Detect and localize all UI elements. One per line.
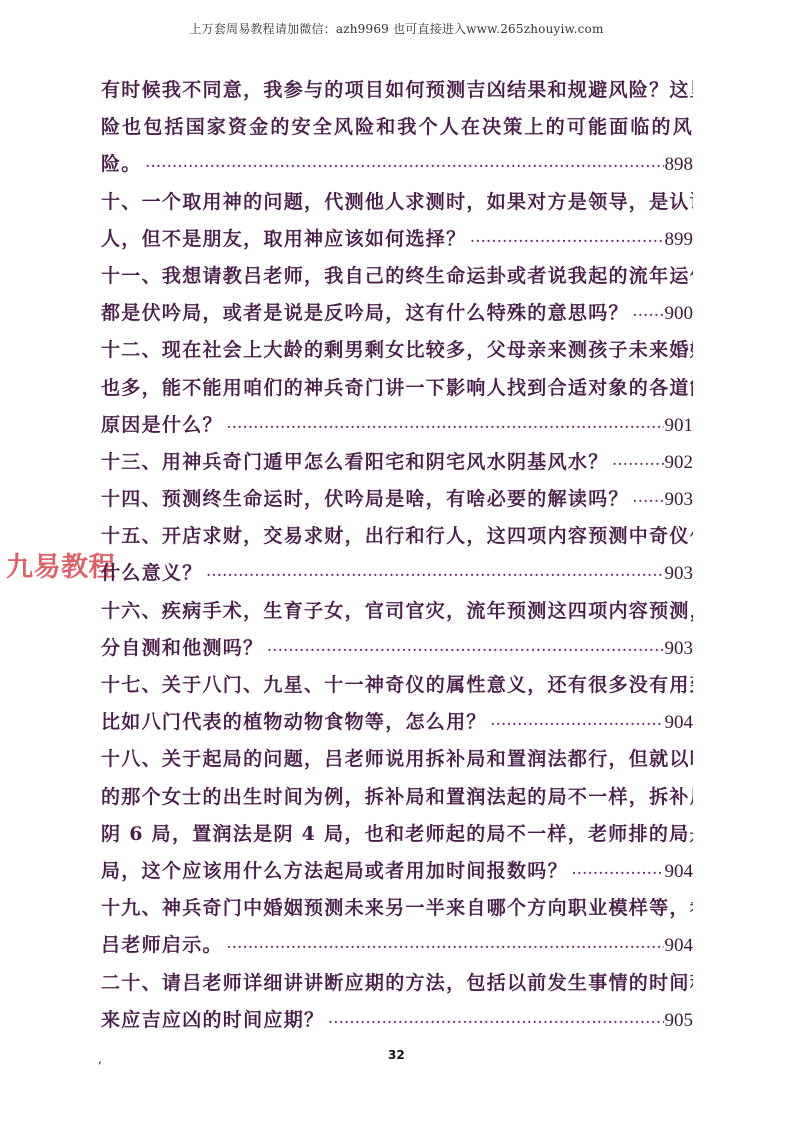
toc-line-text: 来应吉应凶的时间应期？ — [101, 1002, 324, 1039]
toc-line: 有时候我不同意，我参与的项目如何预测吉凶结果和规避风险？这里风 — [101, 72, 693, 109]
toc-line: 险也包括国家资金的安全风险和我个人在决策上的可能面临的风 — [101, 109, 693, 146]
toc-entry-end[interactable]: 吕老师启示。904 — [101, 927, 693, 964]
toc-line-text: 的那个女士的出生时间为例，拆补局和置润法起的局不一样，拆补局是 — [101, 779, 693, 816]
toc-line: 十、一个取用神的问题，代测他人求测时，如果对方是领导，是认识的 — [101, 184, 693, 221]
toc-line-text: 阴 6 局，置润法是阴 4 局，也和老师起的局不一样，老师排的局是阴 9 — [101, 816, 693, 853]
watermark-logo: 九易教程 — [6, 545, 116, 584]
toc-line-text: 十九、神兵奇门中婚姻预测未来另一半来自哪个方向职业模样等，希望 — [101, 890, 693, 927]
toc-line-text: 二十、请吕老师详细讲讲断应期的方法，包括以前发生事情的时间和后 — [101, 965, 693, 1002]
toc-entry-end[interactable]: 什么意义？903 — [101, 555, 693, 592]
toc-line: 十五、开店求财，交易求财，出行和行人，这四项内容预测中奇仪代表 — [101, 518, 693, 555]
toc-line-text: 原因是什么？ — [101, 407, 223, 444]
dot-leader — [633, 297, 664, 332]
toc-line-text: 十二、现在社会上大龄的剩男剩女比较多，父母亲来测孩子未来婚姻的 — [101, 332, 693, 369]
toc-page-number: 904 — [665, 704, 694, 741]
toc-page-number: 900 — [665, 295, 694, 332]
toc-line-text: 十五、开店求财，交易求财，出行和行人，这四项内容预测中奇仪代表 — [101, 518, 693, 555]
toc-page-number: 903 — [665, 481, 694, 518]
toc-line: 十六、疾病手术，生育子女，官司官灾，流年预测这四项内容预测，不 — [101, 593, 693, 630]
toc-line-text: 十、一个取用神的问题，代测他人求测时，如果对方是领导，是认识的 — [101, 184, 693, 221]
toc-entry-end[interactable]: 来应吉应凶的时间应期？905 — [101, 1002, 693, 1039]
toc-entry-end[interactable]: 十四、预测终生命运时，伏吟局是啥，有啥必要的解读吗？903 — [101, 481, 693, 518]
toc-line-text: 有时候我不同意，我参与的项目如何预测吉凶结果和规避风险？这里风 — [101, 72, 693, 109]
toc-line-text: 人，但不是朋友，取用神应该如何选择？ — [101, 221, 466, 258]
page-header-banner: 上万套周易教程请加微信：azh9969 也可直接进入www.265zhouyiw… — [0, 20, 793, 37]
dot-leader — [227, 409, 664, 444]
toc-entry-end[interactable]: 十三、用神兵奇门遁甲怎么看阳宅和阴宅风水阴基风水？902 — [101, 444, 693, 481]
toc-line-text: 十八、关于起局的问题，吕老师说用拆补局和置润法都行，但就以昨天 — [101, 741, 693, 778]
toc-line-text: 十三、用神兵奇门遁甲怎么看阳宅和阴宅风水阴基风水？ — [101, 444, 609, 481]
toc-line: 二十、请吕老师详细讲讲断应期的方法，包括以前发生事情的时间和后 — [101, 965, 693, 1002]
dot-leader — [572, 855, 664, 890]
footer-page-number: 32 — [388, 1048, 405, 1062]
toc-line-text: 险也包括国家资金的安全风险和我个人在决策上的可能面临的风 — [101, 109, 693, 146]
toc-page-number: 905 — [665, 1002, 694, 1039]
toc-line-text: 什么意义？ — [101, 555, 203, 592]
toc-entry-end[interactable]: 人，但不是朋友，取用神应该如何选择？899 — [101, 221, 693, 258]
toc-page-number: 901 — [665, 407, 694, 444]
toc-line: 的那个女士的出生时间为例，拆补局和置润法起的局不一样，拆补局是 — [101, 779, 693, 816]
dot-leader — [633, 483, 664, 518]
toc-entry-end[interactable]: 局，这个应该用什么方法起局或者用加时间报数吗？904 — [101, 853, 693, 890]
toc-page-number: 903 — [665, 555, 694, 592]
dot-leader — [207, 557, 664, 592]
toc-line-text: 也多，能不能用咱们的神兵奇门讲一下影响人找到合适对象的各道能量 — [101, 370, 693, 407]
toc-entry-end[interactable]: 险。898 — [101, 146, 693, 183]
toc-line: 十七、关于八门、九星、十一神奇仪的属性意义，还有很多没有用到， — [101, 667, 693, 704]
toc-line: 也多，能不能用咱们的神兵奇门讲一下影响人找到合适对象的各道能量 — [101, 370, 693, 407]
toc-page-number: 902 — [665, 444, 694, 481]
dot-leader — [146, 148, 664, 183]
toc-entry-end[interactable]: 原因是什么？901 — [101, 407, 693, 444]
table-of-contents: 有时候我不同意，我参与的项目如何预测吉凶结果和规避风险？这里风 险也包括国家资金… — [101, 72, 693, 1039]
toc-line-text: 都是伏吟局，或者是说是反吟局，这有什么特殊的意思吗？ — [101, 295, 629, 332]
toc-entry-end[interactable]: 分自测和他测吗？903 — [101, 630, 693, 667]
toc-page-number: 904 — [665, 927, 694, 964]
toc-entry-end[interactable]: 都是伏吟局，或者是说是反吟局，这有什么特殊的意思吗？900 — [101, 295, 693, 332]
dot-leader — [328, 1004, 663, 1039]
dot-leader — [613, 446, 664, 481]
toc-line: 十一、我想请教吕老师，我自己的终生命运卦或者说我起的流年运气卦 — [101, 258, 693, 295]
dot-leader — [491, 706, 664, 741]
toc-line-text: 险。 — [101, 146, 142, 183]
toc-line-text: 比如八门代表的植物动物食物等，怎么用？ — [101, 704, 487, 741]
toc-line: 阴 6 局，置润法是阴 4 局，也和老师起的局不一样，老师排的局是阴 9 — [101, 816, 693, 853]
toc-line: 十九、神兵奇门中婚姻预测未来另一半来自哪个方向职业模样等，希望 — [101, 890, 693, 927]
toc-line: 十二、现在社会上大龄的剩男剩女比较多，父母亲来测孩子未来婚姻的 — [101, 332, 693, 369]
toc-line-text: 十七、关于八门、九星、十一神奇仪的属性意义，还有很多没有用到， — [101, 667, 693, 704]
toc-line-text: 分自测和他测吗？ — [101, 630, 263, 667]
dot-leader — [470, 223, 663, 258]
toc-line-text: 十四、预测终生命运时，伏吟局是啥，有啥必要的解读吗？ — [101, 481, 629, 518]
toc-page-number: 898 — [665, 146, 694, 183]
toc-entry-end[interactable]: 比如八门代表的植物动物食物等，怎么用？904 — [101, 704, 693, 741]
dot-leader — [227, 929, 664, 964]
toc-line-text: 吕老师启示。 — [101, 927, 223, 964]
toc-line-text: 局，这个应该用什么方法起局或者用加时间报数吗？ — [101, 853, 568, 890]
toc-page-number: 904 — [665, 853, 694, 890]
dot-leader — [267, 632, 663, 667]
toc-line-text: 十六、疾病手术，生育子女，官司官灾，流年预测这四项内容预测，不 — [101, 593, 693, 630]
toc-page-number: 903 — [665, 630, 694, 667]
footer-mark: , — [98, 1052, 102, 1066]
toc-line-text: 十一、我想请教吕老师，我自己的终生命运卦或者说我起的流年运气卦 — [101, 258, 693, 295]
toc-page-number: 899 — [665, 221, 694, 258]
toc-line: 十八、关于起局的问题，吕老师说用拆补局和置润法都行，但就以昨天 — [101, 741, 693, 778]
